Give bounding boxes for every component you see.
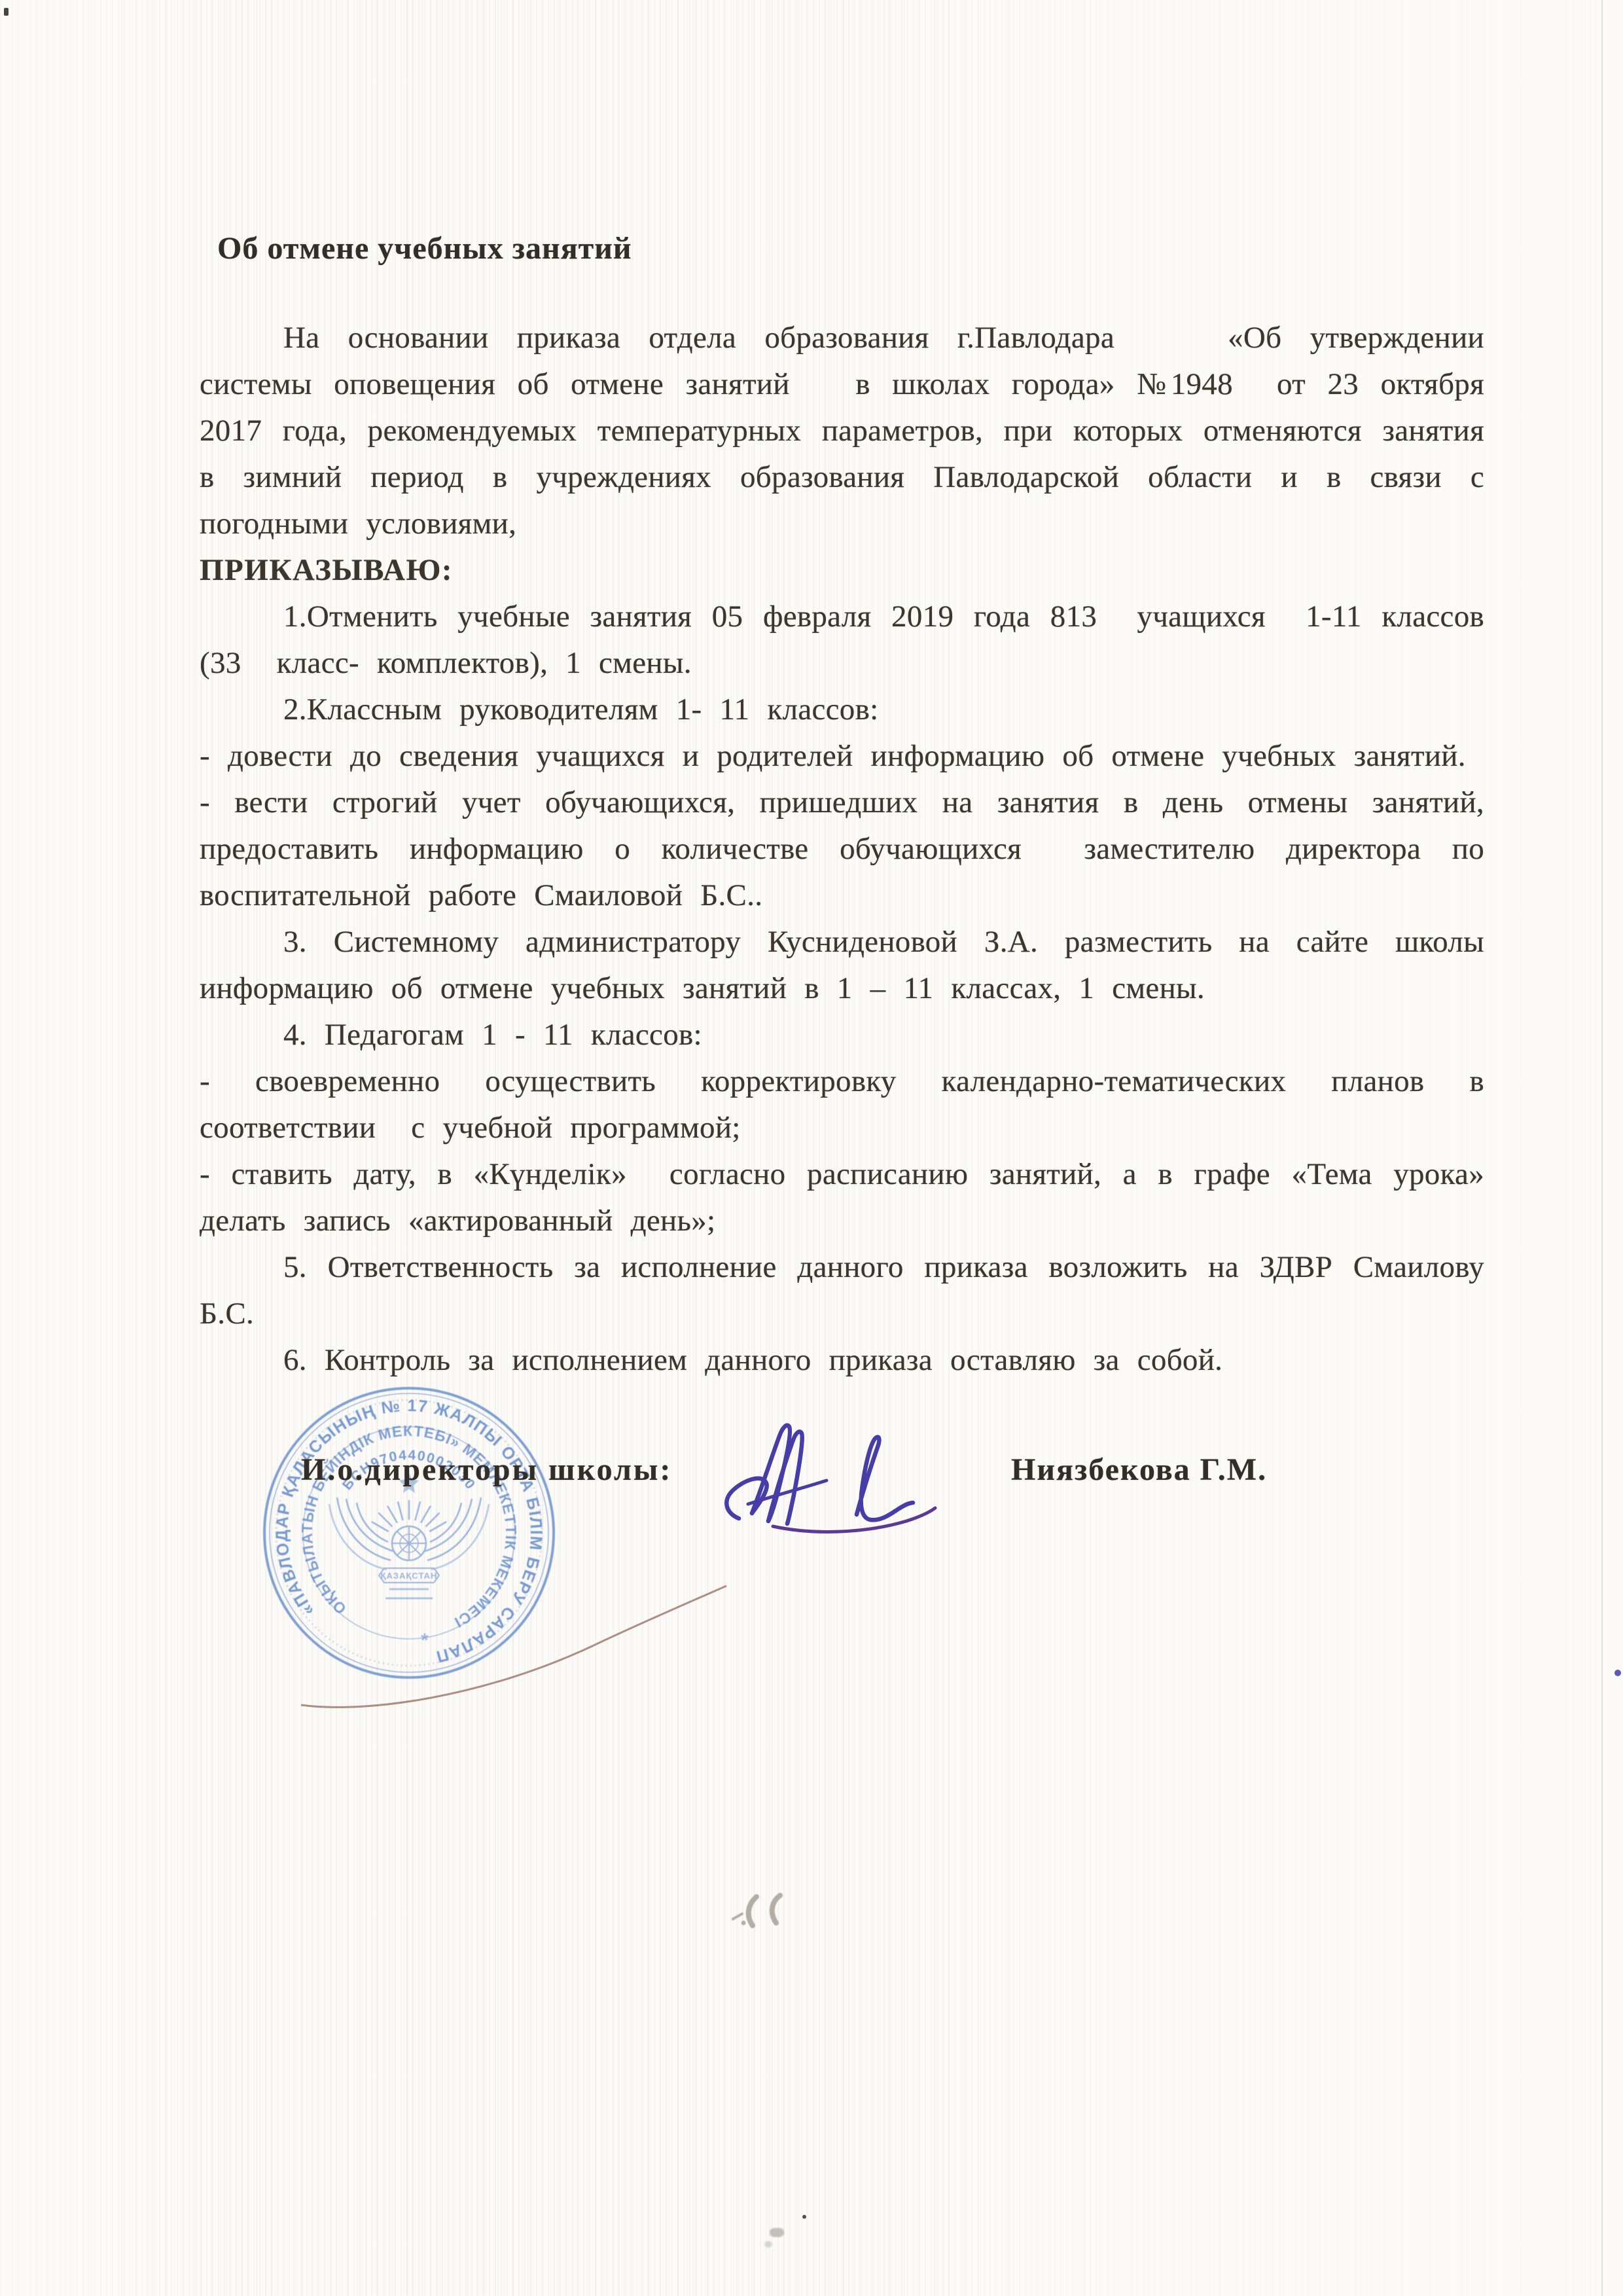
scan-smudge (764, 2241, 772, 2248)
signer-role-label: И.о.директоры школы: (301, 1452, 672, 1488)
emblem-wing-right (425, 1498, 489, 1570)
signer-name: Ниязбекова Г.М. (1011, 1452, 1267, 1488)
scan-smudge (770, 2228, 784, 2237)
item-4: 4. Педагогам 1 - 11 классов: (200, 1012, 1484, 1058)
emblem-wing-left (329, 1498, 393, 1570)
document-body: На основании приказа отдела образования … (200, 315, 1484, 1384)
item-5: 5. Ответственность за исполнение данного… (200, 1244, 1484, 1337)
pencil-smudge (728, 1890, 800, 1931)
item-2-sub-2: - вести строгий учет обучающихся, пришед… (200, 780, 1484, 919)
item-2: 2.Классным руководителям 1- 11 классов: (200, 687, 1484, 733)
item-4-sub-2: - ставить дату, в «Күнделік» согласно ра… (200, 1151, 1484, 1244)
decree-word: ПРИКАЗЫВАЮ: (200, 547, 1484, 594)
item-3: 3. Системному администратору Кусниденово… (200, 919, 1484, 1012)
signature-handwriting (710, 1407, 959, 1558)
scan-speck (802, 2215, 806, 2219)
paragraph-preamble: На основании приказа отдела образования … (200, 315, 1484, 547)
item-6: 6. Контроль за исполнением данного прика… (200, 1337, 1484, 1384)
scan-edge-shadow (1601, 0, 1603, 2296)
signature-tail-stroke (291, 1574, 736, 1715)
item-2-sub-1: - довести до сведения учащихся и родител… (200, 733, 1484, 780)
item-1: 1.Отменить учебные занятия 05 февраля 20… (200, 594, 1484, 687)
emblem-shanyrak (392, 1526, 426, 1560)
item-4-sub-1: - своевременно осуществить корректировку… (200, 1058, 1484, 1151)
scan-speck (4, 8, 9, 16)
ink-dot-speck (1614, 1670, 1621, 1676)
scanned-order-page: Об отмене учебных занятий На основании п… (0, 0, 1623, 2296)
document-title: Об отмене учебных занятий (217, 230, 632, 266)
